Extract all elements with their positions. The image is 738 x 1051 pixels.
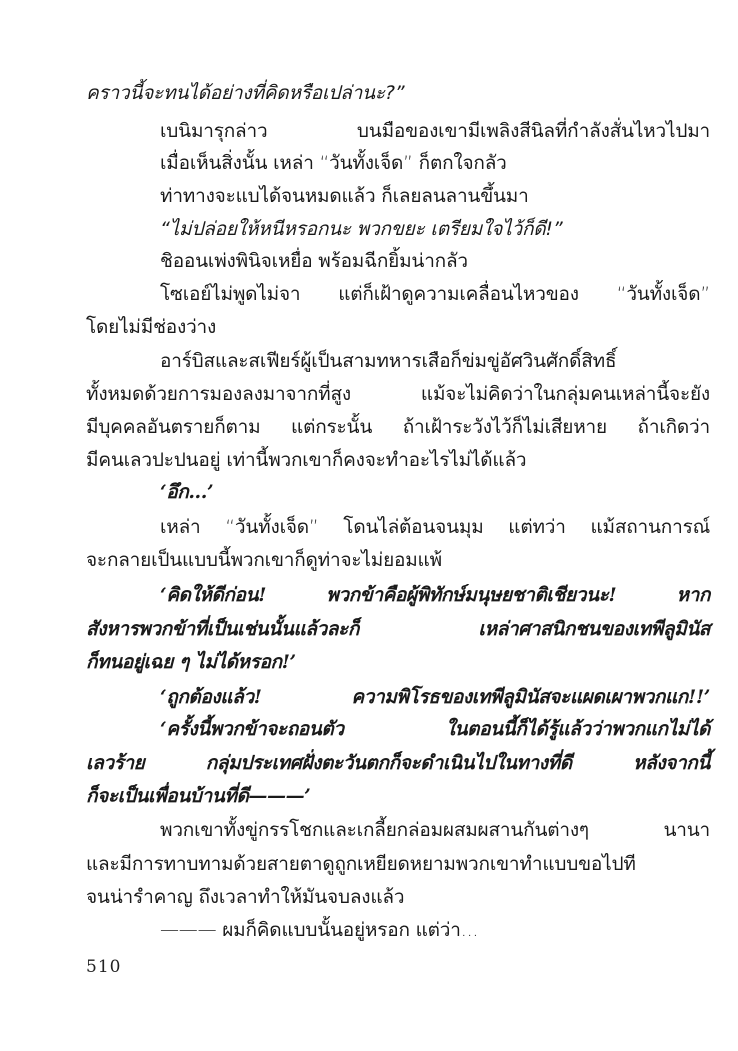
book-page: คราวนี้จะทนได้อย่างที่คิดหรือเปล่านะ?” เ…	[0, 0, 738, 1051]
text-line: มีบุคคลอันตรายก็ตาม แต่กระนั้น ถ้าเฝ้าระ…	[86, 412, 710, 442]
text-line: จะกลายเป็นแบบนี้พวกเขาก็ดูท่าจะไม่ยอมแพ้	[86, 545, 442, 575]
text-line: เบนิมารุกล่าว บนมือของเขามีเพลิงสีนิลที่…	[160, 116, 710, 146]
text-line: ‘ถูกต้องแล้ว! ความพิโรธของเทพีลูมินัสจะแ…	[160, 682, 710, 712]
text-line: โดยไม่มีช่องว่าง	[86, 312, 216, 342]
text-line: สังหารพวกข้าที่เป็นเช่นนั้นแล้วละก็ เหล่…	[86, 614, 710, 644]
text-line: ——— ผมก็คิดแบบนั้นอยู่หรอก แต่ว่า...	[160, 915, 478, 945]
text-line: จนน่ารำคาญ ถึงเวลาทำให้มันจบลงแล้ว	[86, 882, 404, 912]
text-line: พวกเขาทั้งขู่กรรโชกและเกลี้ยกล่อมผสมผสาน…	[160, 815, 710, 845]
text-line: ชิออนเพ่งพินิจเหยื่อ พร้อมฉีกยิ้มน่ากลัว	[160, 246, 468, 276]
text-line: มีคนเลวปะปนอยู่ เท่านี้พวกเขาก็คงจะทำอะไ…	[86, 445, 526, 475]
text-line: คราวนี้จะทนได้อย่างที่คิดหรือเปล่านะ?”	[86, 78, 404, 108]
text-line: เมื่อเห็นสิ่งนั้น เหล่า “วันทั้งเจ็ด” ก็…	[160, 148, 507, 178]
text-line: เลวร้าย กลุ่มประเทศฝั่งตะวันตกก็จะดำเนิน…	[86, 748, 710, 778]
text-line: ท่าทางจะแบได้จนหมดแล้ว ก็เลยลนลานขึ้นมา	[160, 181, 529, 211]
text-line: เหล่า “วันทั้งเจ็ด” โดนไล่ต้อนจนมุม แต่ท…	[160, 512, 710, 542]
text-line: ก็จะเป็นเพื่อนบ้านที่ดี———’	[86, 781, 310, 811]
text-line: โซเอย์ไม่พูดไม่จา แต่ก็เฝ้าดูความเคลื่อน…	[160, 279, 710, 309]
text-line: ‘ครั้งนี้พวกข้าจะถอนตัว ในตอนนี้ก็ได้รู้…	[160, 714, 710, 744]
page-number: 510	[86, 957, 121, 977]
text-line: “ไม่ปล่อยให้หนีหรอกนะ พวกขยะ เตรียมใจไว้…	[160, 214, 562, 244]
text-line: ทั้งหมดด้วยการมองลงมาจากที่สูง แม้จะไม่ค…	[86, 379, 710, 409]
text-line: อาร์บิสและสเฟียร์ผู้เป็นสามทหารเสือก็ข่ม…	[160, 346, 710, 376]
text-line: ก็ทนอยู่เฉย ๆ ไม่ได้หรอก!’	[86, 647, 296, 677]
text-line: ‘อึก...’	[160, 477, 213, 507]
text-line: ‘คิดให้ดีก่อน! พวกข้าคือผู้พิทักษ์มนุษยช…	[160, 580, 710, 610]
text-line: และมีการทาบทามด้วยสายตาดูถูกเหยียดหยามพว…	[86, 849, 710, 879]
